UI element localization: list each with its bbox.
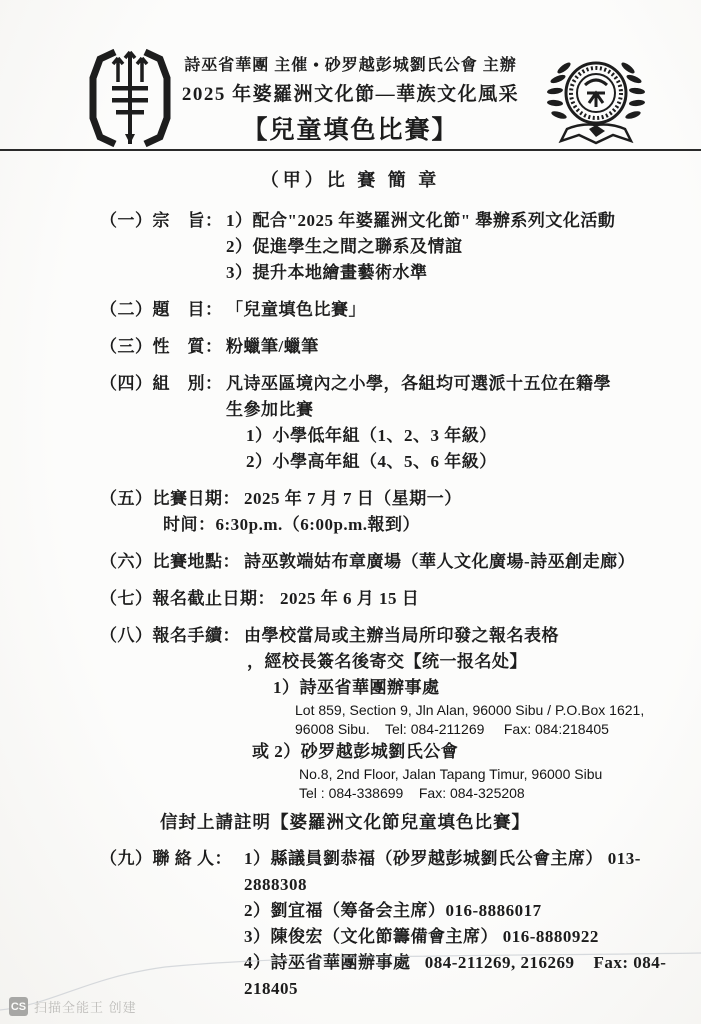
item-deadline-label: （七）報名截止日期： (100, 586, 280, 612)
item-procedure: （八）報名手續： 由學校當局或主辦当局所印發之報名表格 (100, 623, 701, 649)
item-venue-text: 詩巫敦端姑布章廣場（華人文化廣場-詩巫創走廊） (244, 549, 635, 575)
section-heading: （甲）比 賽 簡 章 (0, 166, 701, 192)
office2-title: 或 2）砂罗越彭城劉氏公會 (252, 739, 701, 765)
item-venue: （六）比賽地點： 詩巫敦端姑布章廣場（華人文化廣場-詩巫創走廊） (100, 549, 701, 575)
item-purpose: （一）宗 旨： 1）配合"2025 年婆羅洲文化節" 舉辦系列文化活動 (100, 208, 701, 234)
item-groups-label: （四）組 別： (100, 371, 226, 397)
item-date-label: （五）比賽日期： (100, 486, 244, 512)
header-divider (0, 149, 701, 151)
document-body: （甲）比 賽 簡 章 （一）宗 旨： 1）配合"2025 年婆羅洲文化節" 舉辦… (0, 152, 701, 1002)
item-purpose-label: （一）宗 旨： (100, 208, 226, 234)
item-purpose-line3: 3）提升本地繪畫藝術水準 (226, 260, 701, 286)
item-nature: （三）性 質： 粉蠟筆/蠟筆 (100, 334, 701, 360)
scanned-document-page: 詩巫省華團 主催 • 砂罗越彭城劉氏公會 主辦 2025 年婆羅洲文化節—華族文… (0, 0, 701, 1024)
association-seal-logo (543, 53, 649, 154)
office2-address-line2: Tel : 084-338699 Fax: 084-325208 (299, 784, 701, 803)
item-venue-label: （六）比賽地點： (100, 549, 244, 575)
item-groups-sub1: 1）小學低年組（1、2、3 年級） (246, 423, 701, 449)
contact-4: 4）詩巫省華團辦事處 084-211269, 216269 Fax: 084-2… (244, 950, 701, 1002)
item-groups-line1: 凡诗巫區境內之小學，各組均可選派十五位在籍學 (226, 371, 611, 397)
office1-address-line1: Lot 859, Section 9, Jln Alan, 96000 Sibu… (295, 701, 701, 720)
item-procedure-line1: 由學校當局或主辦当局所印發之報名表格 (244, 623, 559, 649)
scanner-watermark: CS 扫描全能王 创建 (9, 997, 137, 1016)
contact-2: 2）劉宜福（筹备会主席）016-8886017 (244, 898, 701, 924)
item-procedure-label: （八）報名手續： (100, 623, 244, 649)
item-deadline: （七）報名截止日期： 2025 年 6 月 15 日 (100, 586, 701, 612)
wheat-emblem-logo (88, 46, 172, 155)
scanner-watermark-text: 扫描全能王 创建 (34, 997, 137, 1016)
item-nature-text: 粉蠟筆/蠟筆 (226, 334, 319, 360)
contact-1: 1）縣議員劉恭福（砂罗越彭城劉氏公會主席） 013-2888308 (244, 846, 701, 898)
item-groups-line2: 生參加比賽 (226, 397, 701, 423)
item-procedure-line2: ，經校長簽名後寄交【统一报名处】 (247, 649, 701, 675)
office2-address-line1: No.8, 2nd Floor, Jalan Tapang Timur, 960… (299, 765, 701, 784)
item-topic-text: 「兒童填色比賽」 (226, 297, 366, 323)
office1-address-line2: 96008 Sibu. Tel: 084-211269 Fax: 084:218… (295, 720, 701, 739)
item-nature-label: （三）性 質： (100, 334, 226, 360)
office1-title: 1）詩巫省華團辦事處 (273, 675, 701, 701)
item-contacts-label: （九）聯 絡 人： (100, 846, 244, 872)
item-date: （五）比賽日期： 2025 年 7 月 7 日（星期一） (100, 486, 701, 512)
item-deadline-text: 2025 年 6 月 15 日 (280, 586, 419, 612)
item-topic-label: （二）題 目： (100, 297, 226, 323)
item-groups: （四）組 別： 凡诗巫區境內之小學，各組均可選派十五位在籍學 (100, 371, 701, 397)
camscanner-icon: CS (9, 997, 28, 1016)
envelope-note: 信封上請註明【婆羅洲文化節兒童填色比賽】 (160, 809, 701, 835)
item-purpose-line2: 2）促進學生之間之聯系及情誼 (226, 234, 701, 260)
item-time: 时间：6:30p.m.（6:00p.m.報到） (163, 512, 701, 538)
item-purpose-line1: 1）配合"2025 年婆羅洲文化節" 舉辦系列文化活動 (226, 208, 615, 234)
item-contacts: （九）聯 絡 人： 1）縣議員劉恭福（砂罗越彭城劉氏公會主席） 013-2888… (100, 846, 701, 898)
item-date-text: 2025 年 7 月 7 日（星期一） (244, 486, 462, 512)
item-topic: （二）題 目： 「兒童填色比賽」 (100, 297, 701, 323)
contact-3: 3）陳俊宏（文化節籌備會主席） 016-8880922 (244, 924, 701, 950)
item-groups-sub2: 2）小學高年組（4、5、6 年級） (246, 449, 701, 475)
